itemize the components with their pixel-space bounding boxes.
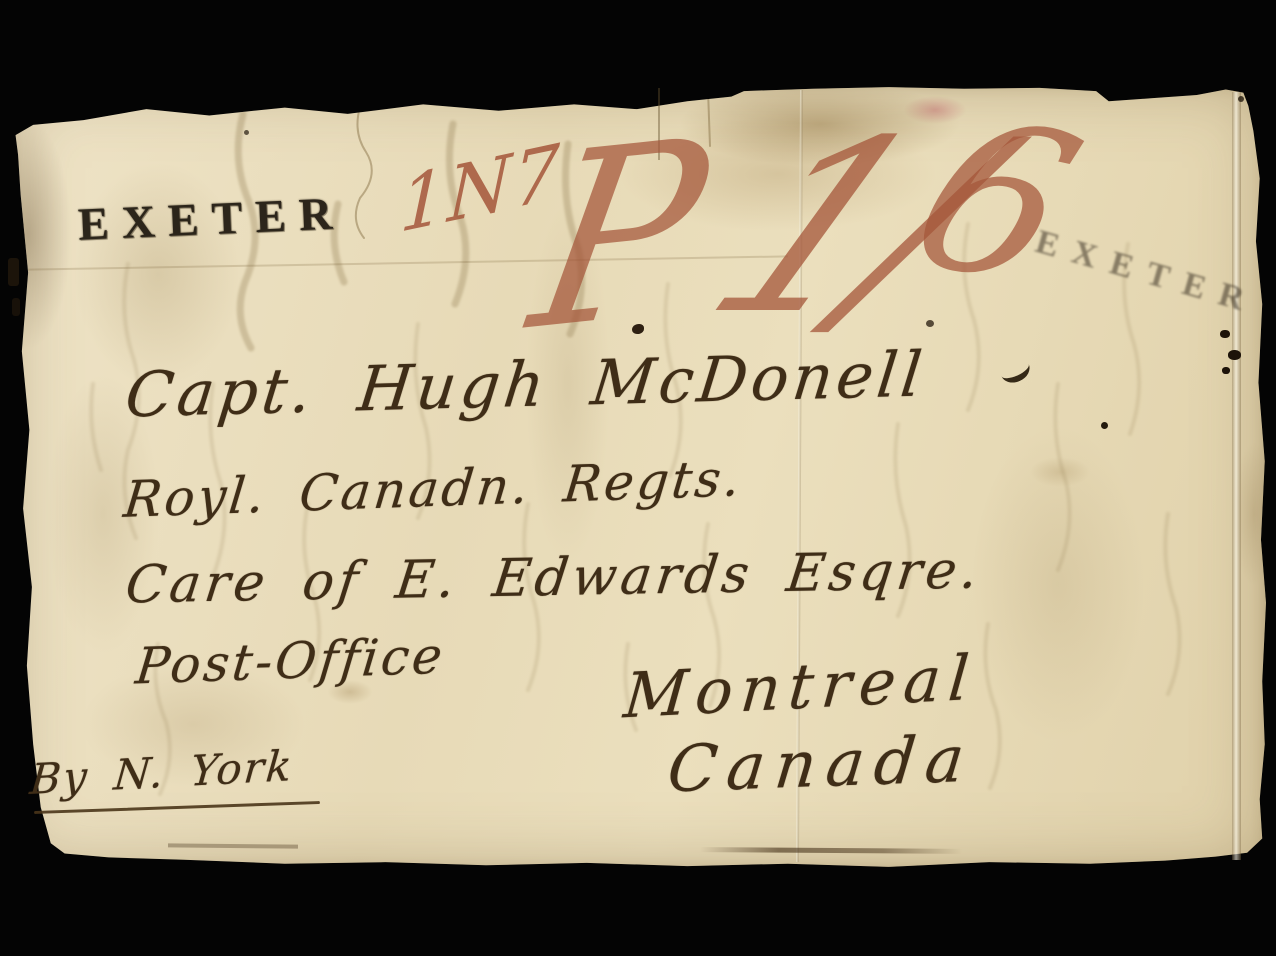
ink-speck <box>1101 422 1108 429</box>
ink-speck <box>1238 96 1244 102</box>
left-edge-ink-mark <box>8 258 19 286</box>
fold-ink-speck <box>1222 367 1230 374</box>
left-edge-ink-mark <box>12 298 20 316</box>
fold-ink-speck <box>1220 330 1230 338</box>
photo-of-postal-cover: EXETER EXETER 1N7 P 1/ 6 Capt. Hugh McDo… <box>0 0 1276 956</box>
horizontal-crease-bottom <box>68 906 1218 908</box>
right-fold-ridge <box>1232 92 1241 860</box>
ink-speck <box>244 130 249 135</box>
fold-ink-speck <box>1228 350 1241 360</box>
ink-speck <box>926 320 934 327</box>
address-line-post-office: Post-Office <box>133 626 448 695</box>
address-line-country: Canada <box>664 723 977 808</box>
